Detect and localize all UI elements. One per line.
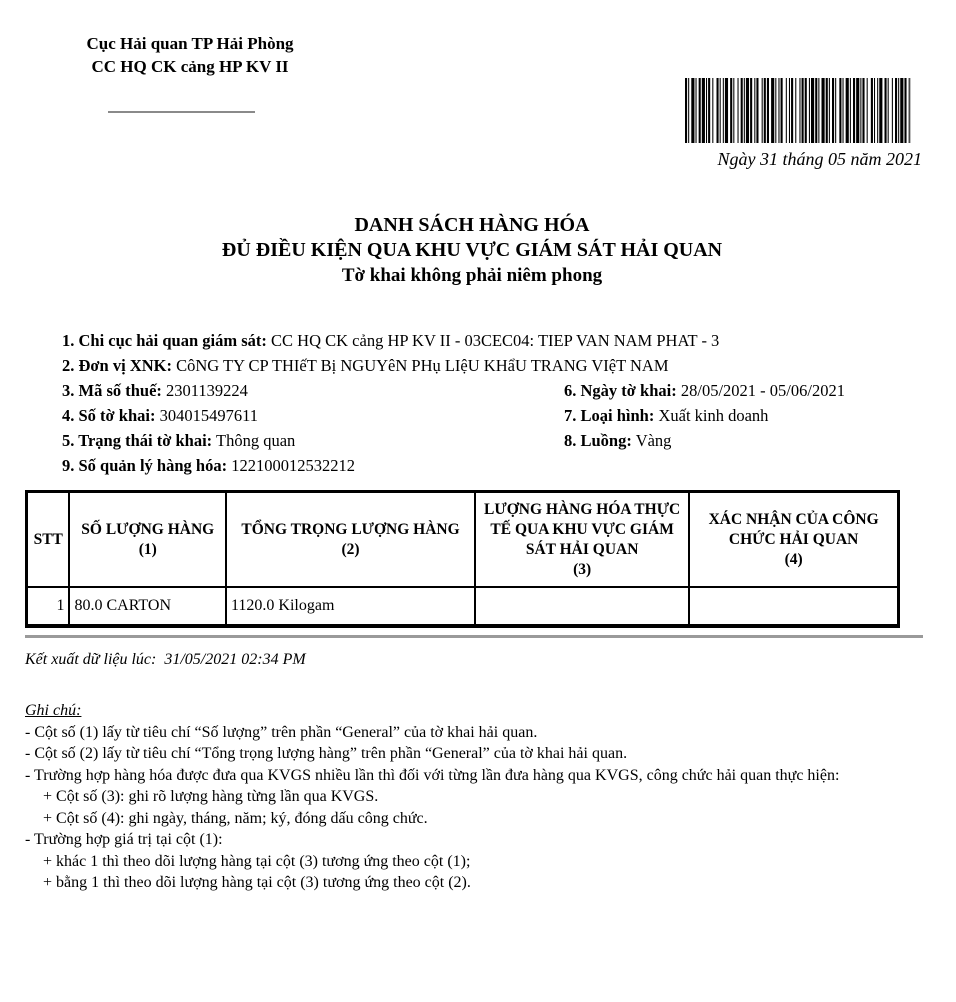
field-channel: 8. Luồng: Vàng <box>564 429 671 454</box>
note-subline: + Cột số (3): ghi rõ lượng hàng từng lần… <box>25 786 935 808</box>
field-company: 2. Đơn vị XNK: CôNG TY CP THIếT Bị NGUYê… <box>62 354 669 379</box>
field-label: 6. Ngày tờ khai: <box>564 381 677 400</box>
field-label: 2. Đơn vị XNK: <box>62 356 172 375</box>
field-value: Thông quan <box>216 431 295 450</box>
note-line: - Trường hợp giá trị tại cột (1): <box>25 829 935 851</box>
sub-agency-name: CC HQ CK cảng HP KV II <box>40 55 340 78</box>
cell-actual-quantity <box>475 587 689 626</box>
notes-heading: Ghi chú: <box>25 700 935 722</box>
field-declaration-date: 6. Ngày tờ khai: 28/05/2021 - 05/06/2021 <box>564 379 845 404</box>
barcode-icon <box>685 78 911 143</box>
note-subline: + Cột số (4): ghi ngày, tháng, năm; ký, … <box>25 808 935 830</box>
field-value: 2301139224 <box>166 381 248 400</box>
goods-table: STT SỐ LƯỢNG HÀNG(1) TỔNG TRỌNG LƯỢNG HÀ… <box>25 490 900 628</box>
field-label: 8. Luồng: <box>564 431 632 450</box>
export-timestamp: Kết xuất dữ liệu lúc: 31/05/2021 02:34 P… <box>25 651 306 669</box>
field-type: 7. Loại hình: Xuất kinh doanh <box>564 404 768 429</box>
field-goods-management-number: 9. Số quản lý hàng hóa: 122100012532212 <box>62 454 355 479</box>
agency-header: Cục Hải quan TP Hải Phòng CC HQ CK cảng … <box>40 32 340 78</box>
field-value: CC HQ CK cảng HP KV II - 03CEC04: TIEP V… <box>271 331 719 350</box>
notes-section: Ghi chú: - Cột số (1) lấy từ tiêu chí “S… <box>25 700 935 894</box>
cell-stt: 1 <box>27 587 70 626</box>
document-title: DANH SÁCH HÀNG HÓA ĐỦ ĐIỀU KIỆN QUA KHU … <box>0 213 944 288</box>
field-label: 1. Chi cục hải quan giám sát: <box>62 331 267 350</box>
note-subline: + khác 1 thì theo dõi lượng hàng tại cột… <box>25 851 935 873</box>
field-value: Vàng <box>636 431 672 450</box>
header-actual-quantity: LƯỢNG HÀNG HÓA THỰC TẾ QUA KHU VỰC GIÁM … <box>475 492 689 588</box>
title-line-3: Tờ khai không phải niêm phong <box>0 263 944 288</box>
header-stt: STT <box>27 492 70 588</box>
field-value: CôNG TY CP THIếT Bị NGUYêN PHụ LIệU KHẩU… <box>176 356 668 375</box>
agency-name: Cục Hải quan TP Hải Phòng <box>40 32 340 55</box>
field-declaration-status: 5. Trạng thái tờ khai: Thông quan <box>62 429 295 454</box>
field-label: 7. Loại hình: <box>564 406 654 425</box>
title-line-2: ĐỦ ĐIỀU KIỆN QUA KHU VỰC GIÁM SÁT HẢI QU… <box>0 238 944 263</box>
note-line: - Cột số (2) lấy từ tiêu chí “Tổng trọng… <box>25 743 935 765</box>
table-row: 1 80.0 CARTON 1120.0 Kilogam <box>27 587 899 626</box>
field-label: 3. Mã số thuế: <box>62 381 162 400</box>
cell-officer-confirmation <box>689 587 898 626</box>
cell-quantity: 80.0 CARTON <box>69 587 226 626</box>
export-value: 31/05/2021 02:34 PM <box>164 651 305 668</box>
header-officer-confirmation: XÁC NHẬN CỦA CÔNG CHỨC HẢI QUAN(4) <box>689 492 898 588</box>
cell-weight: 1120.0 Kilogam <box>226 587 475 626</box>
export-label: Kết xuất dữ liệu lúc: <box>25 651 156 668</box>
agency-underline <box>108 111 255 113</box>
title-line-1: DANH SÁCH HÀNG HÓA <box>0 213 944 238</box>
field-label: 9. Số quản lý hàng hóa: <box>62 456 227 475</box>
field-label: 4. Số tờ khai: <box>62 406 156 425</box>
field-value: 28/05/2021 - 05/06/2021 <box>681 381 845 400</box>
field-value: 304015497611 <box>160 406 258 425</box>
field-tax-code: 3. Mã số thuế: 2301139224 <box>62 379 248 404</box>
field-value: 122100012532212 <box>231 456 355 475</box>
section-divider <box>25 635 923 638</box>
field-value: Xuất kinh doanh <box>658 406 768 425</box>
field-declaration-number: 4. Số tờ khai: 304015497611 <box>62 404 258 429</box>
document-date: Ngày 31 tháng 05 năm 2021 <box>640 149 922 170</box>
note-line: - Cột số (1) lấy từ tiêu chí “Số lượng” … <box>25 722 935 744</box>
header-quantity: SỐ LƯỢNG HÀNG(1) <box>69 492 226 588</box>
note-subline: + bằng 1 thì theo dõi lượng hàng tại cột… <box>25 872 935 894</box>
header-total-weight: TỔNG TRỌNG LƯỢNG HÀNG(2) <box>226 492 475 588</box>
table-header-row: STT SỐ LƯỢNG HÀNG(1) TỔNG TRỌNG LƯỢNG HÀ… <box>27 492 899 588</box>
note-line: - Trường hợp hàng hóa được đưa qua KVGS … <box>25 765 925 787</box>
field-label: 5. Trạng thái tờ khai: <box>62 431 212 450</box>
field-supervising-office: 1. Chi cục hải quan giám sát: CC HQ CK c… <box>62 329 719 354</box>
